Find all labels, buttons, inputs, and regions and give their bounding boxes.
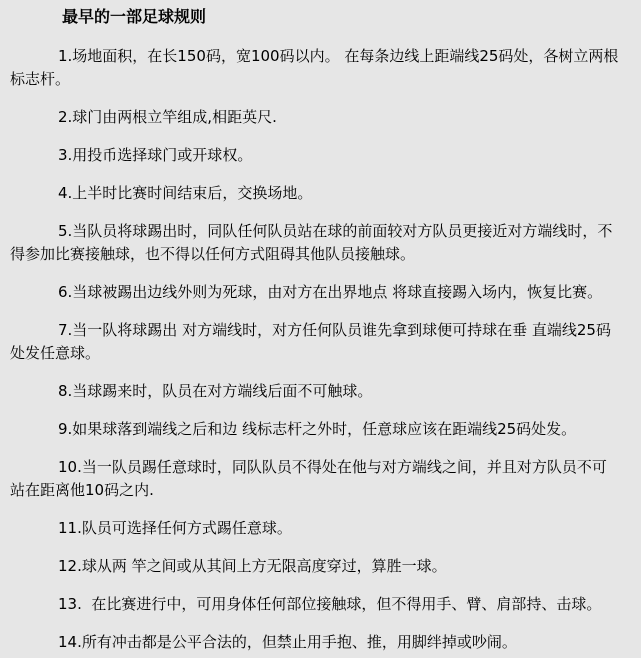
rule-item-13: 13. 在比赛进行中，可用身体任何部位接触球，但不得用手、臂、肩部持、击球。 <box>10 593 635 616</box>
rule-item-8: 8.当球踢来时，队员在对方端线后面不可触球。 <box>10 380 635 403</box>
page-title: 最早的一部足球规则 <box>62 8 635 26</box>
rule-item-4: 4.上半时比赛时间结束后，交换场地。 <box>10 182 635 205</box>
rule-item-6: 6.当球被踢出边线外则为死球，由对方在出界地点 将球直接踢入场内，恢复比赛。 <box>10 281 635 304</box>
rule-item-11: 11.队员可选择任何方式踢任意球。 <box>10 517 635 540</box>
rule-item-9: 9.如果球落到端线之后和边 线标志杆之外时，任意球应该在距端线25码处发。 <box>10 418 635 441</box>
rule-item-10: 10.当一队员踢任意球时，同队队员不得处在他与对方端线之间，并且对方队员不可 站… <box>10 456 635 502</box>
rule-item-7: 7.当一队将球踢出 对方端线时，对方任何队员谁先拿到球便可持球在垂 直端线25码… <box>10 319 635 365</box>
document-page: 最早的一部足球规则 1.场地面积，在长150码，宽100码以内。 在每条边线上距… <box>0 0 641 658</box>
rule-item-2: 2.球门由两根立竿组成,相距英尺. <box>10 106 635 129</box>
rule-item-12: 12.球从两 竿之间或从其间上方无限高度穿过，算胜一球。 <box>10 555 635 578</box>
rule-item-3: 3.用投币选择球门或开球权。 <box>10 144 635 167</box>
rule-item-1: 1.场地面积，在长150码，宽100码以内。 在每条边线上距端线25码处，各树立… <box>10 45 635 91</box>
rule-item-5: 5.当队员将球踢出时，同队任何队员站在球的前面较对方队员更接近对方端线时，不 得… <box>10 220 635 266</box>
rule-item-14: 14.所有冲击都是公平合法的，但禁止用手抱、推，用脚绊掉或吵闹。 <box>10 631 635 654</box>
